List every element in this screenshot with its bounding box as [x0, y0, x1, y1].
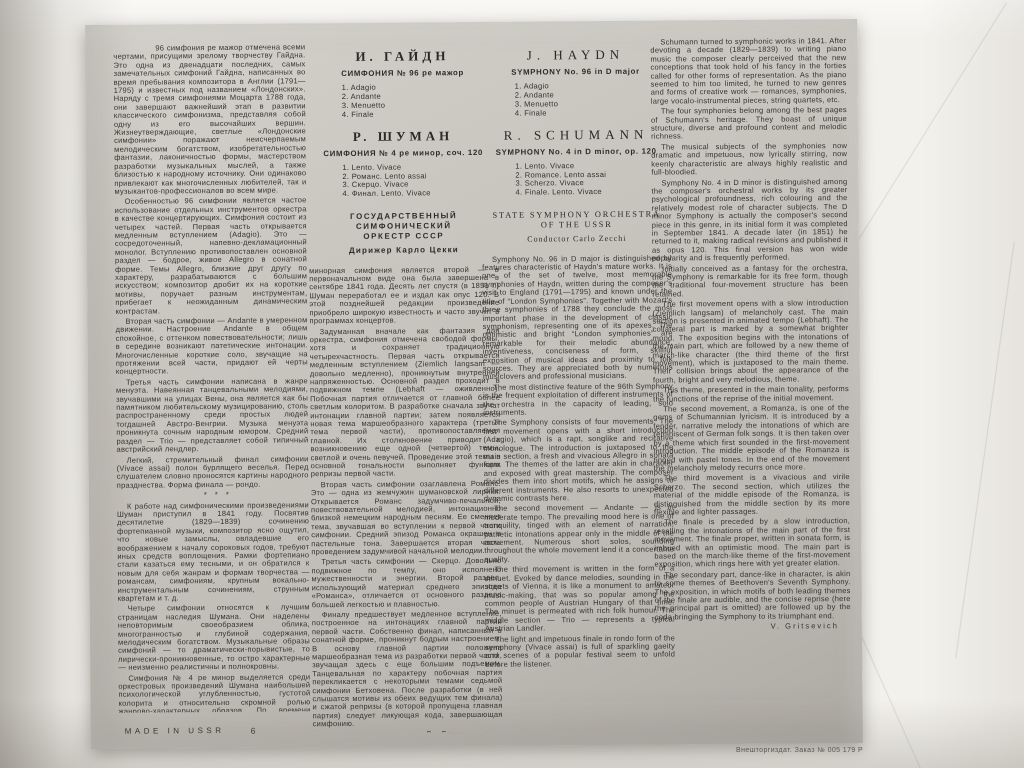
paragraph: The most distinctive feature of the 96th…	[483, 382, 673, 417]
paragraph: The second movement, a Romanza, is one o…	[653, 404, 850, 473]
paragraph: Финалу предшествует медленное вступление…	[312, 610, 503, 729]
paragraph: Легкий, стремительный финал симфонии (Vi…	[117, 455, 309, 490]
paragraph: 96 симфония ре мажор отмечена всеми черт…	[113, 43, 306, 196]
movement-item: 4. Finale. Lento. Vivace	[515, 188, 671, 198]
paragraph: The third movement is written in the for…	[484, 565, 675, 634]
composer-title-haydn-en: J. HAYDN	[480, 46, 670, 62]
paragraph: Вторая часть симфонии — Andante в умерен…	[115, 316, 307, 376]
paragraph: Третья часть симфонии написана в жанре м…	[116, 377, 309, 454]
movement-list-haydn-ru: 1. Adagio2. Andante3. Menuetto4. Finale	[308, 83, 498, 120]
paragraph: К работе над симфоническими произведения…	[117, 501, 310, 603]
paragraph: минорная симфония является второй — в пе…	[309, 265, 499, 325]
publisher-imprint: Внешторгиздат. Заказ № 005 179 Р	[736, 747, 863, 754]
conductor-credit-ru: Дирижер Карло Цекки	[309, 246, 499, 256]
russian-essay-continuation: минорная симфония является второй — в пе…	[309, 265, 503, 728]
movement-list-schumann-en: 1. Lento. Vivace2. Romance. Lento assai3…	[481, 161, 671, 198]
liner-notes-english-column-2: Schumann turned to symphonic works in 18…	[650, 37, 851, 707]
tracklist-russian-column: И. ГАЙДН СИМФОНИЯ № 96 ре мажор 1. Adagi…	[307, 38, 502, 733]
work-title-haydn-en: SYMPHONY No. 96 in D major	[481, 66, 671, 76]
russian-essay-schumann: К работе над симфоническими произведения…	[117, 501, 311, 713]
paragraph: The four symphonies belong among the bes…	[651, 106, 847, 141]
paragraph: The secondary part, dance-like in charac…	[654, 570, 850, 622]
paragraph: Особенностью 96 симфонии является частое…	[115, 197, 308, 316]
liner-notes-russian-column-1: 96 симфония ре мажор отмечена всеми черт…	[113, 43, 310, 712]
orchestra-name-ru-line1: ГОСУДАРСТВЕННЫЙ СИМФОНИЧЕСКИЙ	[309, 211, 499, 232]
paragraph: Симфония № 4 ре минор выделяется среди о…	[118, 673, 310, 713]
paragraph: Schumann turned to symphonic works in 18…	[650, 37, 847, 106]
author-signature-en: V. Gritsevich	[655, 622, 851, 632]
paragraph: The first movement opens with a slow int…	[652, 299, 849, 385]
conductor-credit-en: Conductor Carlo Zecchi	[482, 235, 672, 245]
tracklist-english-column: J. HAYDN SYMPHONY No. 96 in D major 1. A…	[480, 36, 675, 731]
english-essay-schumann: Schumann turned to symphonic works in 18…	[650, 37, 851, 622]
photo-of-record-sleeve: 96 симфония ре мажор отмечена всеми черт…	[0, 0, 1024, 768]
record-sleeve-back: 96 симфония ре мажор отмечена всеми черт…	[85, 19, 863, 749]
paragraph: Initially conceived as a fantasy for the…	[652, 264, 848, 299]
orchestra-name-ru-line2: ОРКЕСТР СССР	[309, 231, 499, 242]
movement-item: 4. Finale	[342, 110, 498, 120]
paragraph: Symphony No. 4 in D minor is distinguish…	[651, 178, 848, 264]
made-in-ussr-label: MADE IN USSR	[125, 726, 225, 736]
paragraph: The musical subjects of the symphonies n…	[651, 142, 847, 177]
work-title-schumann-ru: СИМФОНИЯ № 4 ре минор, соч. 120	[308, 147, 498, 157]
paragraph: The finale is preceded by a slow introdu…	[654, 517, 850, 569]
composer-title-schumann-en: R. SCHUMANN	[481, 126, 671, 142]
paragraph: Symphony No. 96 in D major is distinguis…	[482, 254, 673, 382]
orchestra-name-en-line2: OF THE USSR	[482, 220, 672, 231]
paragraph: The Symphony consists of four movements.…	[483, 418, 674, 504]
side-number: 6	[251, 726, 256, 736]
movement-item: 4. Finale	[515, 108, 671, 118]
movement-item: 4. Финал. Lento. Vivace	[342, 189, 498, 199]
paragraph: This theme, presented in the main tonali…	[653, 385, 849, 403]
work-title-haydn-ru: СИМФОНИЯ № 96 ре мажор	[308, 68, 498, 78]
paragraph: Задуманная вначале как фантазия для орке…	[310, 326, 501, 479]
composer-title-schumann-ru: Р. ШУМАН	[308, 127, 498, 143]
paragraph: The second movement — Andante — is in mo…	[484, 504, 674, 564]
paragraph: Третья часть симфонии — Скерцо. Довольно…	[311, 557, 501, 609]
movement-list-haydn-en: 1. Adagio2. Andante3. Menuetto4. Finale	[481, 81, 671, 118]
paragraph: The third movement is a vivacious and vi…	[654, 473, 850, 517]
section-separator: * * *	[117, 490, 309, 500]
russian-essay-haydn: 96 симфония ре мажор отмечена всеми черт…	[113, 43, 308, 490]
composer-title-haydn-ru: И. ГАЙДН	[307, 48, 497, 64]
english-essay-haydn: Symphony No. 96 in D major is distinguis…	[482, 254, 675, 669]
author-signature-ru: В. Грицевич	[313, 729, 503, 733]
paragraph: Четыре симфонии относятся к лучшим стран…	[118, 604, 311, 673]
paragraph: Вторая часть симфонии озаглавлена Романс…	[311, 480, 502, 557]
work-title-schumann-en: SYMPHONY No. 4 in D minor, op. 120	[481, 146, 671, 156]
paragraph: The light and impetuous finale in rondo …	[485, 634, 675, 669]
movement-list-schumann-ru: 1. Lento. Vivace2. Романс. Lento assai3.…	[308, 162, 498, 199]
